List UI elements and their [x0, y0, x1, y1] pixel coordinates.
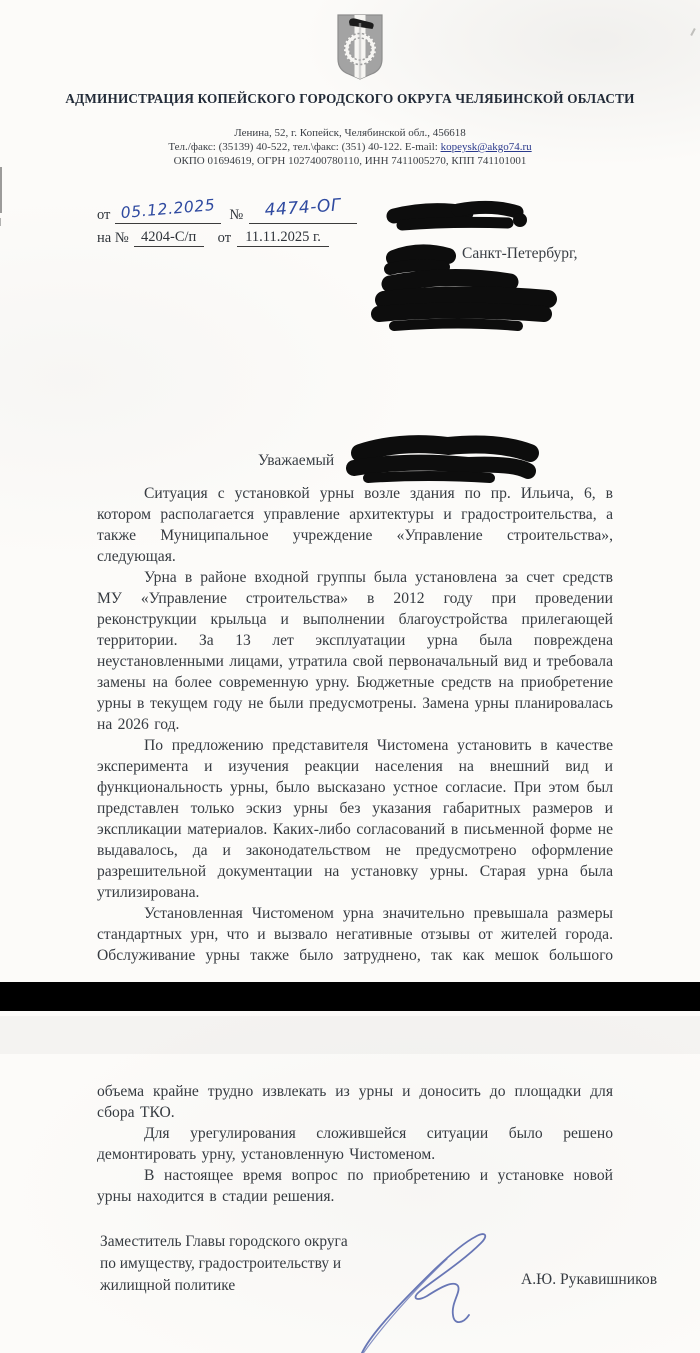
incoming-number: 4204-С/п [134, 229, 204, 247]
requisites-line: ОКПО 01694619, ОГРН 1027400780110, ИНН 7… [0, 154, 700, 168]
email-link[interactable]: kopeysk@akgo74.ru [441, 141, 532, 153]
body-paragraph: Ситуация с установкой урны возле здания … [97, 483, 613, 567]
reference-block: от05.12.2025№4474-ОГ на №4204-С/пот11.11… [97, 203, 357, 255]
outgoing-number-field: 4474-ОГ [249, 203, 357, 224]
outgoing-ref-row: от05.12.2025№4474-ОГ [97, 203, 357, 229]
address-line: Ленина, 52, г. Копейск, Челябинской обл.… [0, 126, 700, 140]
phone-email-line: Тел./факс: (35139) 40-522, тел.\факс: (3… [0, 140, 700, 154]
salutation-text: Уважаемый [258, 452, 334, 470]
position-line: жилищной политике [100, 1275, 348, 1297]
redaction-recipient-scribble [360, 200, 610, 335]
recipient-city: Санкт-Петербург, [462, 245, 578, 263]
redaction-bar [0, 982, 700, 1011]
signer-position-block: Заместитель Главы городского округа по и… [100, 1231, 348, 1297]
coat-of-arms-icon [336, 13, 384, 81]
reply-date-label: от [218, 230, 231, 246]
position-line: по имуществу, градостроительству и [100, 1253, 348, 1275]
body-paragraph: объема крайне трудно извлекать из урны и… [97, 1081, 613, 1123]
scan-speck-artifact [690, 28, 696, 36]
handwritten-number: 4474-ОГ [264, 195, 342, 220]
position-line: Заместитель Главы городского округа [100, 1231, 348, 1253]
body-paragraph: В настоящее время вопрос по приобретению… [97, 1165, 613, 1207]
outgoing-date-field: 05.12.2025 [115, 204, 221, 224]
page-seam-shadow [0, 1016, 700, 1054]
phone-line: Тел./факс: (35139) 40-522, тел.\факс: (3… [168, 141, 440, 153]
handwritten-signature [335, 1223, 505, 1353]
reply-prefix: на № [97, 230, 129, 246]
scan-edge-artifact [0, 167, 2, 213]
redaction-name-scribble [338, 432, 548, 487]
letterhead-contact-block: Ленина, 52, г. Копейск, Челябинской обл.… [0, 126, 700, 168]
signer-name: А.Ю. Рукавишников [521, 1271, 657, 1289]
body-paragraph: Установленная Чистоменом урна значительн… [97, 903, 613, 966]
body-paragraph: Урна в районе входной группы была устано… [97, 567, 613, 735]
handwritten-date: 05.12.2025 [120, 196, 216, 222]
incoming-date: 11.11.2025 г. [237, 229, 329, 247]
body-paragraph: Для урегулирования сложившейся ситуации … [97, 1123, 613, 1165]
letter-body-page1: Ситуация с установкой урны возле здания … [97, 483, 613, 966]
number-sign: № [229, 207, 243, 223]
letter-body-page2: объема крайне трудно извлекать из урны и… [97, 1081, 613, 1207]
from-label: от [97, 207, 110, 223]
incoming-ref-row: на №4204-С/пот11.11.2025 г. [97, 229, 357, 255]
body-paragraph: По предложению представителя Чистомена у… [97, 735, 613, 903]
scan-edge-artifact [0, 218, 1, 226]
organization-name: АДМИНИСТРАЦИЯ КОПЕЙСКОГО ГОРОДСКОГО ОКРУ… [0, 91, 700, 107]
